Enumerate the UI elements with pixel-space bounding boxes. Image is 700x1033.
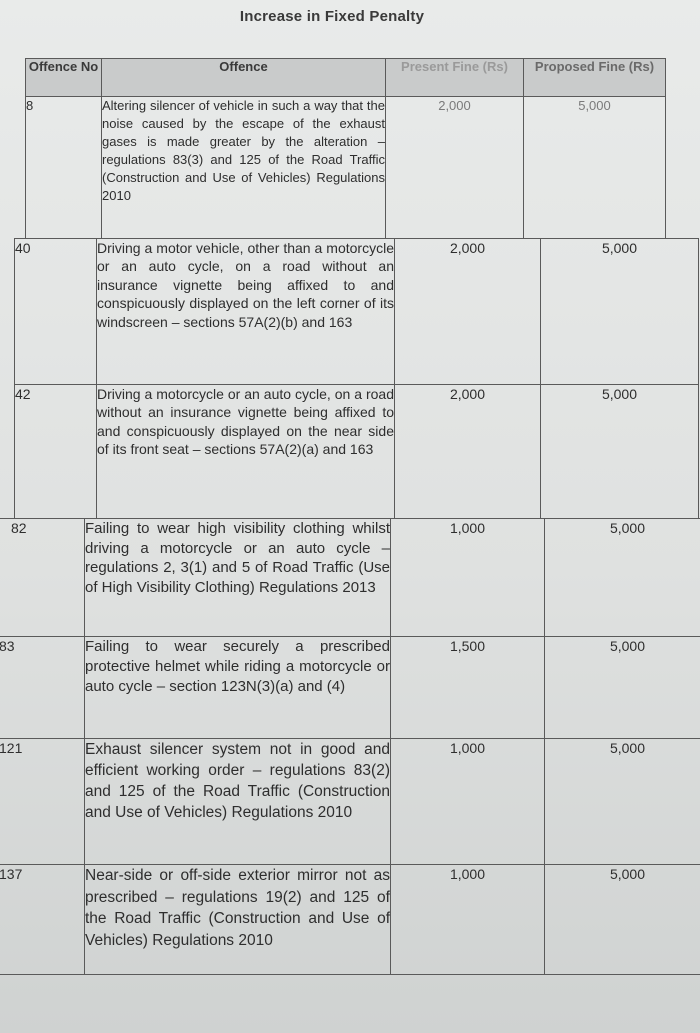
offence-no: 42 bbox=[15, 385, 97, 519]
header-offence-no: Offence No bbox=[26, 59, 102, 97]
offence-description: Altering silencer of vehicle in such a w… bbox=[102, 97, 386, 239]
present-fine: 1,000 bbox=[391, 739, 545, 865]
table-row: 40 Driving a motor vehicle, other than a… bbox=[15, 239, 699, 385]
header-proposed-fine: Proposed Fine (Rs) bbox=[524, 59, 666, 97]
proposed-fine: 5,000 bbox=[545, 637, 700, 739]
offence-description: Failing to wear high visibility clothing… bbox=[85, 519, 391, 637]
present-fine: 1,000 bbox=[391, 865, 545, 975]
header-present-fine: Present Fine (Rs) bbox=[386, 59, 524, 97]
present-fine: 1,000 bbox=[391, 519, 545, 637]
offence-description: Driving a motor vehicle, other than a mo… bbox=[97, 239, 395, 385]
present-fine: 2,000 bbox=[395, 239, 541, 385]
offence-description: Driving a motorcycle or an auto cycle, o… bbox=[97, 385, 395, 519]
table-row: 83 Failing to wear securely a prescribed… bbox=[0, 637, 700, 739]
proposed-fine: 5,000 bbox=[524, 97, 666, 239]
present-fine: 2,000 bbox=[395, 385, 541, 519]
proposed-fine: 5,000 bbox=[545, 519, 700, 637]
table-row: 82 Failing to wear high visibility cloth… bbox=[0, 519, 700, 637]
header-offence: Offence bbox=[102, 59, 386, 97]
penalty-table-continued: 82 Failing to wear high visibility cloth… bbox=[0, 518, 700, 975]
present-fine: 2,000 bbox=[386, 97, 524, 239]
table-row: 8 Altering silencer of vehicle in such a… bbox=[26, 97, 666, 239]
table-row: 42 Driving a motorcycle or an auto cycle… bbox=[15, 385, 699, 519]
penalty-table-continued: 40 Driving a motor vehicle, other than a… bbox=[14, 238, 699, 519]
offence-description: Exhaust silencer system not in good and … bbox=[85, 739, 391, 865]
penalty-table: Offence No Offence Present Fine (Rs) Pro… bbox=[25, 58, 666, 239]
table-header-row: Offence No Offence Present Fine (Rs) Pro… bbox=[26, 59, 666, 97]
offence-no: 137 bbox=[0, 865, 85, 975]
present-fine: 1,500 bbox=[391, 637, 545, 739]
table-row: 137 Near-side or off-side exterior mirro… bbox=[0, 865, 700, 975]
offence-no: 82 bbox=[0, 519, 85, 637]
offence-description: Near-side or off-side exterior mirror no… bbox=[85, 865, 391, 975]
offence-no: 83 bbox=[0, 637, 85, 739]
offence-no: 40 bbox=[15, 239, 97, 385]
proposed-fine: 5,000 bbox=[545, 739, 700, 865]
offence-description: Failing to wear securely a prescribed pr… bbox=[85, 637, 391, 739]
proposed-fine: 5,000 bbox=[541, 239, 699, 385]
proposed-fine: 5,000 bbox=[545, 865, 700, 975]
table-row: 121 Exhaust silencer system not in good … bbox=[0, 739, 700, 865]
offence-no: 121 bbox=[0, 739, 85, 865]
page-title: Increase in Fixed Penalty bbox=[0, 8, 664, 25]
proposed-fine: 5,000 bbox=[541, 385, 699, 519]
offence-no: 8 bbox=[26, 97, 102, 239]
